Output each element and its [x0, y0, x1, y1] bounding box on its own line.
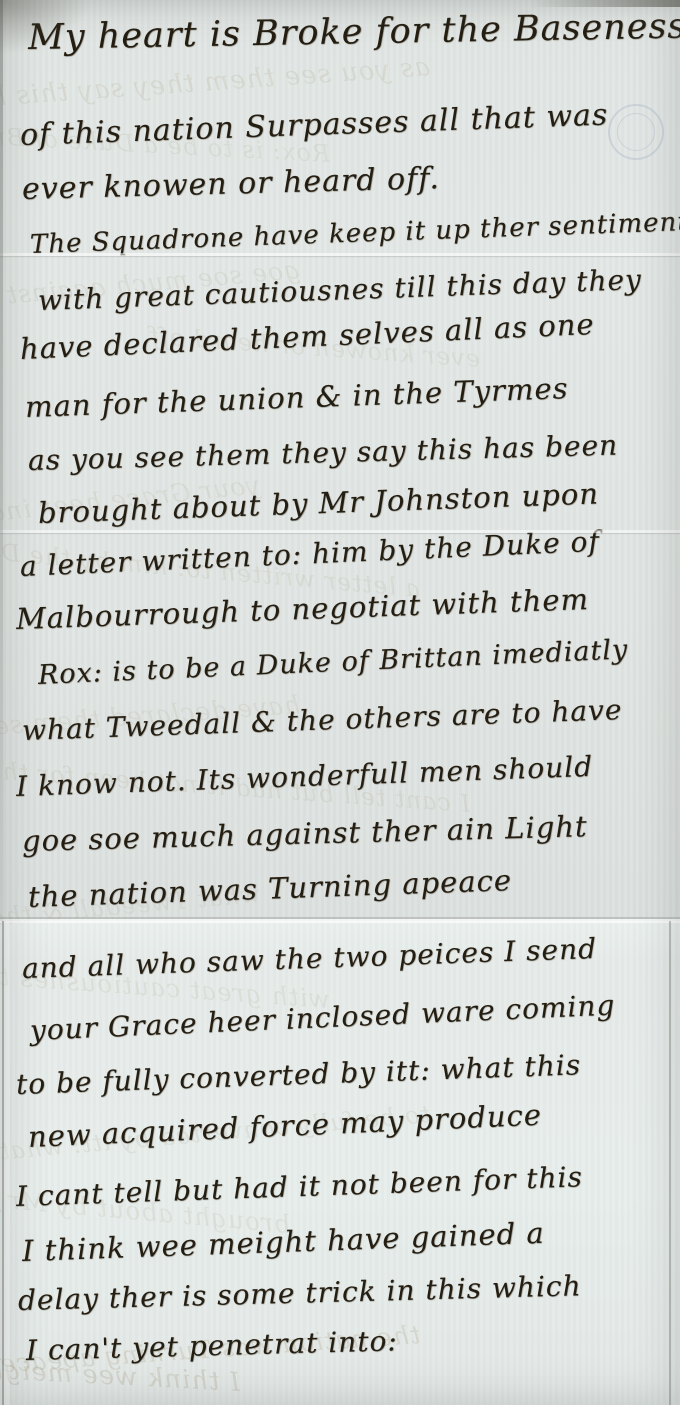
scan-corner-shadow [0, 0, 90, 55]
round-stamp [608, 104, 664, 160]
manuscript-scan: as you see them they say this has been R… [0, 0, 680, 1405]
fold-crease [0, 530, 680, 533]
scan-top-edge [530, 0, 680, 7]
fold-crease [0, 253, 680, 256]
